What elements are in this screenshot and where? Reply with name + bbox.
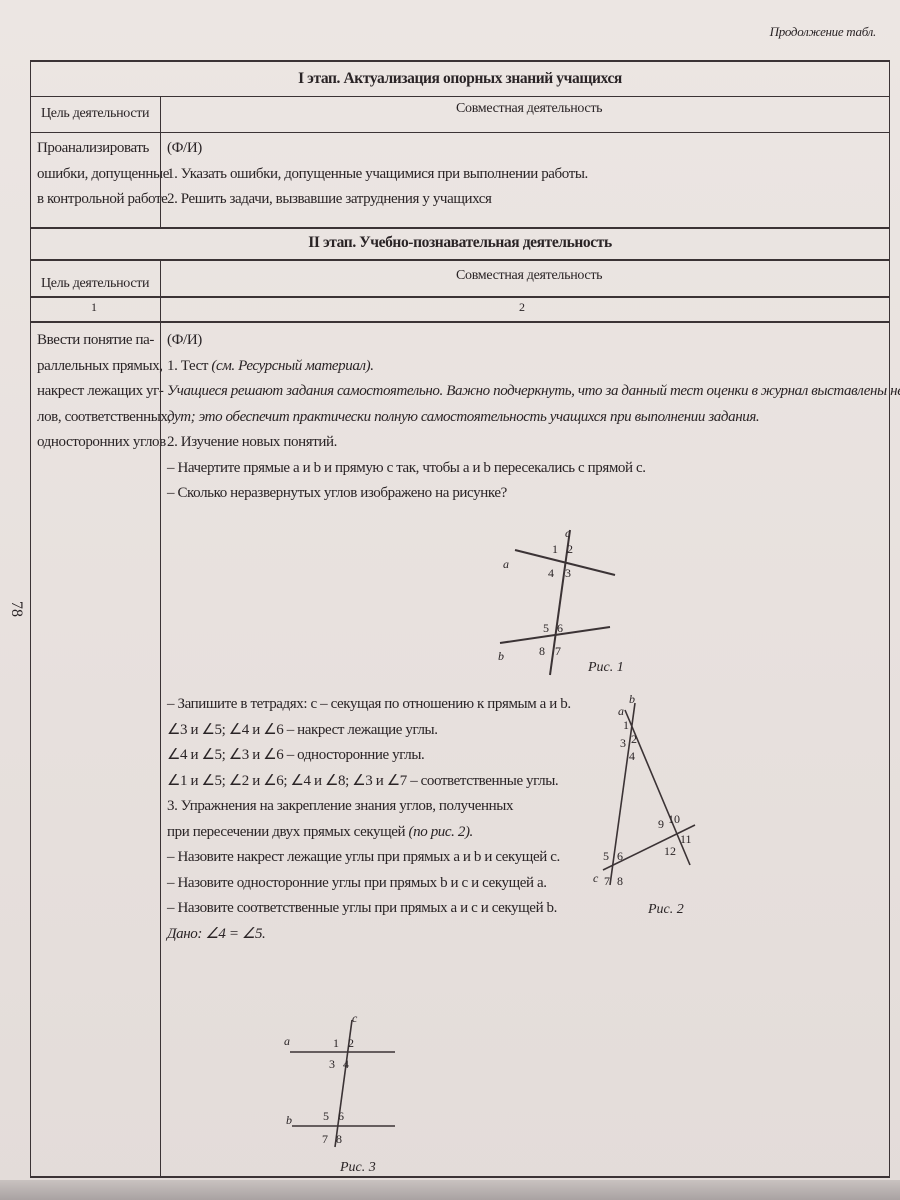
svg-text:8: 8	[617, 874, 623, 888]
activity-question: – Сколько неразвернутых углов изображено…	[167, 481, 900, 507]
figure-2: b a c 12 34 910 1112 56 78	[585, 695, 705, 895]
activity-line: 1. Указать ошибки, допущенные учащимися …	[167, 162, 588, 188]
svg-text:5: 5	[543, 621, 549, 635]
svg-text:1: 1	[333, 1036, 339, 1050]
activity-draw: – Начертите прямые a и b и прямую c так,…	[167, 456, 900, 482]
svg-text:7: 7	[604, 874, 610, 888]
svg-text:10: 10	[668, 812, 680, 826]
test-reference: (см. Ресурсный материал).	[211, 358, 373, 374]
goal-line: раллельных прямых,	[37, 354, 171, 380]
activity-test: 1. Тест (см. Ресурсный материал).	[167, 354, 900, 380]
svg-text:c: c	[352, 1012, 358, 1025]
activity-note: дут; это обеспечит практически полную са…	[167, 405, 900, 431]
svg-text:1: 1	[552, 542, 558, 556]
lesson-table: I этап. Актуализация опорных знаний учащ…	[30, 60, 890, 1178]
stage1-goal: Проанализировать ошибки, допущенные в ко…	[37, 136, 169, 213]
page-edge-shadow	[0, 1180, 900, 1200]
svg-text:c: c	[565, 526, 571, 540]
page-number: 78	[7, 601, 25, 617]
activity-corresponding: ∠1 и ∠5; ∠2 и ∠6; ∠4 и ∠8; ∠3 и ∠7 – соо…	[167, 769, 571, 795]
activity-q3: – Назовите соответственные углы при прям…	[167, 896, 571, 922]
svg-text:6: 6	[338, 1109, 344, 1123]
activity-mode: (Ф/И)	[167, 328, 900, 354]
svg-text:3: 3	[620, 736, 626, 750]
svg-text:4: 4	[629, 749, 635, 763]
svg-text:9: 9	[658, 817, 664, 831]
svg-text:3: 3	[565, 566, 571, 580]
stage1-col-joint: Совместная деятельность	[456, 101, 602, 117]
stage2-activity: (Ф/И) 1. Тест (см. Ресурсный материал). …	[167, 328, 900, 507]
stage2-activity-cont: – Запишите в тетрадях: c – секущая по от…	[167, 692, 571, 947]
goal-line: Ввести понятие па-	[37, 328, 171, 354]
col-number-1: 1	[91, 300, 97, 315]
table-top-border	[31, 60, 889, 62]
activity-line: 2. Решить задачи, вызвавшие затруднения …	[167, 187, 588, 213]
column-divider	[160, 259, 161, 1176]
stage2-goal: Ввести понятие па- раллельных прямых, на…	[37, 328, 171, 456]
goal-line: односторонних углов	[37, 430, 171, 456]
goal-line: лов, соответственных,	[37, 405, 171, 431]
goal-line: Проанализировать	[37, 136, 169, 162]
svg-text:4: 4	[548, 566, 554, 580]
svg-text:2: 2	[567, 542, 573, 556]
column-divider	[160, 96, 161, 227]
activity-step3: 3. Упражнения на закрепление знания угло…	[167, 794, 571, 820]
svg-text:2: 2	[631, 732, 637, 746]
activity-q2: – Назовите односторонние углы при прямых…	[167, 871, 571, 897]
goal-line: в контрольной работе	[37, 187, 169, 213]
divider	[31, 227, 889, 229]
svg-text:6: 6	[617, 849, 623, 863]
activity-alternate: ∠3 и ∠5; ∠4 и ∠6 – накрест лежащие углы.	[167, 718, 571, 744]
stage1-activity: (Ф/И) 1. Указать ошибки, допущенные учащ…	[167, 136, 588, 213]
figure-2-caption: Рис. 2	[648, 902, 684, 918]
figure-3-caption: Рис. 3	[340, 1160, 376, 1176]
figure-3: c a b 12 34 56 78	[280, 1012, 440, 1162]
svg-text:b: b	[498, 649, 504, 663]
svg-text:8: 8	[539, 644, 545, 658]
svg-text:1: 1	[623, 718, 629, 732]
activity-note: Учащиеся решают задания самостоятельно. …	[167, 379, 900, 405]
stage2-col-joint: Совместная деятельность	[456, 268, 602, 284]
step3-text: при пересечении двух прямых секущей	[167, 824, 409, 840]
stage2-col-goal: Цель деятельности	[41, 276, 149, 292]
svg-text:11: 11	[680, 832, 692, 846]
svg-text:5: 5	[323, 1109, 329, 1123]
svg-text:a: a	[284, 1034, 290, 1048]
stage1-title: I этап. Актуализация опорных знаний учащ…	[31, 70, 889, 88]
svg-text:b: b	[286, 1113, 292, 1127]
activity-q1: – Назовите накрест лежащие углы при прям…	[167, 845, 571, 871]
goal-line: накрест лежащих уг-	[37, 379, 171, 405]
stage2-title: II этап. Учебно-познавательная деятельно…	[31, 234, 889, 252]
activity-step3: при пересечении двух прямых секущей (по …	[167, 820, 571, 846]
svg-text:12: 12	[664, 844, 676, 858]
svg-text:a: a	[503, 557, 509, 571]
activity-given: Дано: ∠4 = ∠5.	[167, 922, 571, 948]
activity-write: – Запишите в тетрадях: c – секущая по от…	[167, 692, 571, 718]
figure-1-caption: Рис. 1	[588, 660, 624, 676]
svg-text:2: 2	[348, 1036, 354, 1050]
svg-text:3: 3	[329, 1057, 335, 1071]
col-number-2: 2	[519, 300, 525, 315]
svg-text:7: 7	[555, 644, 561, 658]
continuation-label: Продолжение табл.	[770, 24, 876, 40]
svg-text:6: 6	[557, 621, 563, 635]
activity-step2: 2. Изучение новых понятий.	[167, 430, 900, 456]
activity-same-side: ∠4 и ∠5; ∠3 и ∠6 – односторонние углы.	[167, 743, 571, 769]
svg-text:5: 5	[603, 849, 609, 863]
svg-text:4: 4	[343, 1057, 349, 1071]
svg-text:7: 7	[322, 1132, 328, 1146]
svg-text:c: c	[593, 871, 599, 885]
step3-ref: (по рис. 2).	[409, 824, 473, 840]
svg-text:8: 8	[336, 1132, 342, 1146]
activity-line: (Ф/И)	[167, 136, 588, 162]
test-prefix: 1. Тест	[167, 358, 211, 374]
stage1-col-goal: Цель деятельности	[41, 106, 149, 122]
svg-text:a: a	[618, 704, 624, 718]
svg-text:b: b	[629, 695, 635, 706]
goal-line: ошибки, допущенные	[37, 162, 169, 188]
